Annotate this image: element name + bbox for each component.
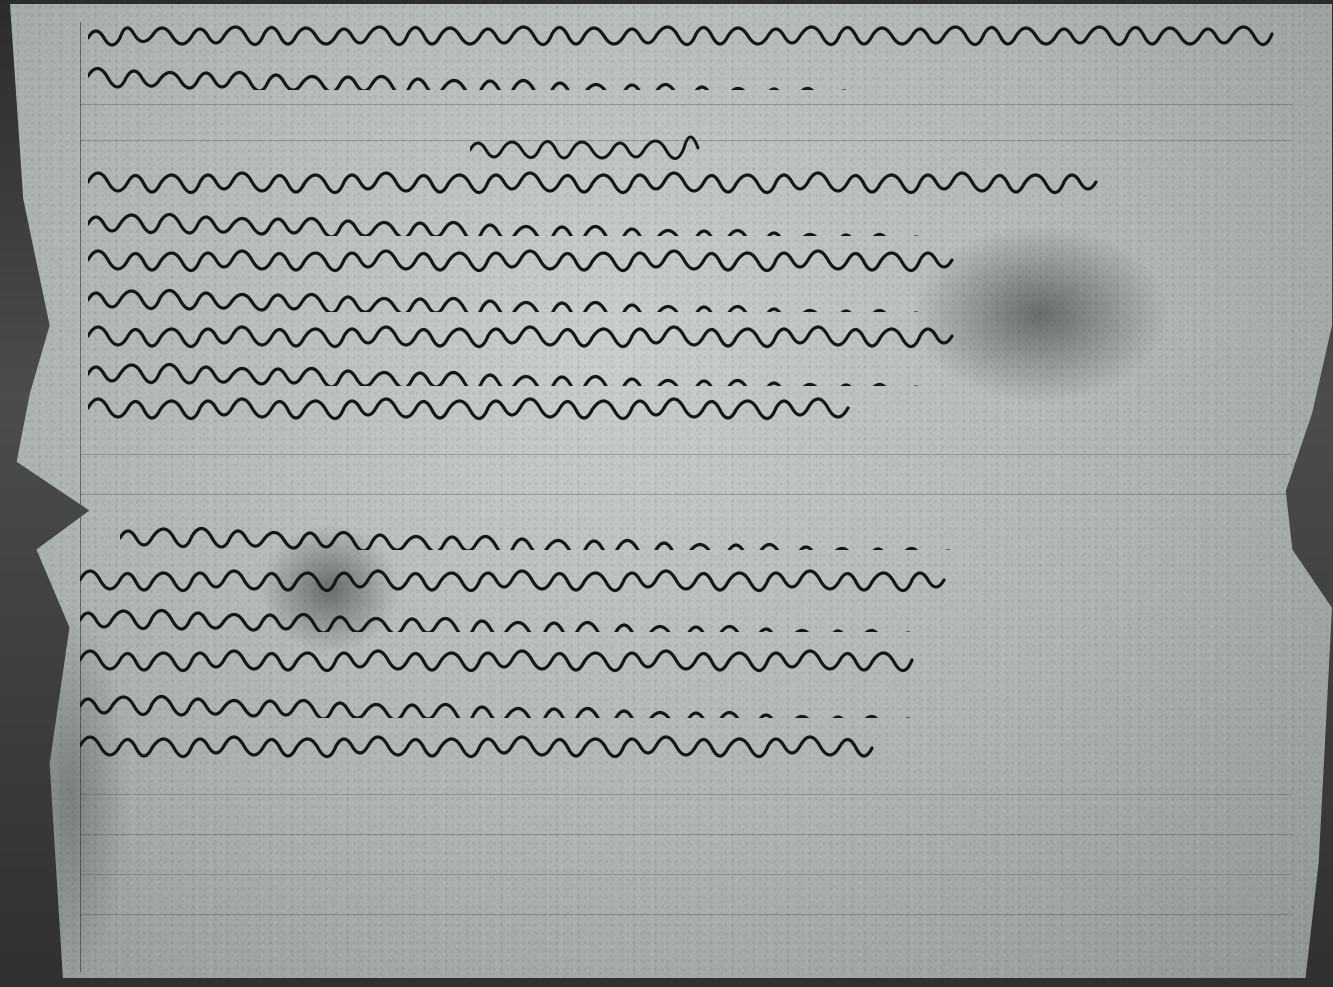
handwriting-strokes	[88, 162, 1328, 196]
manuscript-line: [illegible Javanese script — short closi…	[88, 388, 1098, 422]
ruled-line	[80, 834, 1292, 835]
handwriting-strokes	[80, 684, 1320, 718]
handwriting-strokes	[88, 240, 1328, 274]
handwriting-strokes	[88, 352, 1328, 386]
manuscript-line: [illegible Javanese script]	[80, 684, 1320, 718]
handwriting-strokes	[120, 516, 1320, 550]
manuscript-line: [illegible Javanese script]	[120, 516, 1320, 550]
manuscript-line: [illegible Javanese script]	[80, 640, 1280, 674]
manuscript-line: [illegible Javanese script]	[88, 162, 1328, 196]
handwriting-strokes	[88, 16, 1298, 50]
manuscript-line: [illegible Javanese script — line 2]	[88, 56, 1318, 90]
ruled-line	[80, 794, 1292, 795]
ruled-line	[80, 494, 1292, 495]
handwriting-strokes	[80, 598, 1320, 632]
handwriting-strokes	[80, 640, 1280, 674]
handwriting-strokes	[88, 202, 1328, 236]
handwriting-strokes	[470, 128, 700, 162]
manuscript-line: [illegible Javanese script — line 1]	[88, 16, 1298, 50]
manuscript-heading: [centered heading in Javanese script]	[470, 128, 700, 162]
manuscript-line: [illegible Javanese script]	[80, 560, 1320, 594]
manuscript-page: [illegible Javanese script — line 1] [il…	[10, 4, 1332, 978]
handwriting-strokes	[88, 316, 1328, 350]
handwriting-strokes	[88, 278, 1328, 312]
handwriting-strokes	[80, 726, 1190, 760]
manuscript-line: [illegible Javanese script]	[80, 726, 1190, 760]
manuscript-line: [illegible Javanese script]	[88, 278, 1328, 312]
manuscript-line: [illegible Javanese script]	[88, 316, 1328, 350]
ruled-line	[80, 874, 1292, 875]
manuscript-line: [illegible Javanese script]	[88, 202, 1328, 236]
handwriting-strokes	[80, 560, 1320, 594]
left-margin-rule	[80, 22, 81, 972]
ruled-line	[80, 914, 1292, 915]
ruled-line	[80, 454, 1292, 455]
handwriting-strokes	[88, 388, 1098, 422]
manuscript-line: [illegible Javanese script]	[80, 598, 1320, 632]
manuscript-line: [illegible Javanese script]	[88, 240, 1328, 274]
handwriting-strokes	[88, 56, 1318, 90]
manuscript-line: [illegible Javanese script]	[88, 352, 1328, 386]
ruled-line	[80, 104, 1292, 105]
